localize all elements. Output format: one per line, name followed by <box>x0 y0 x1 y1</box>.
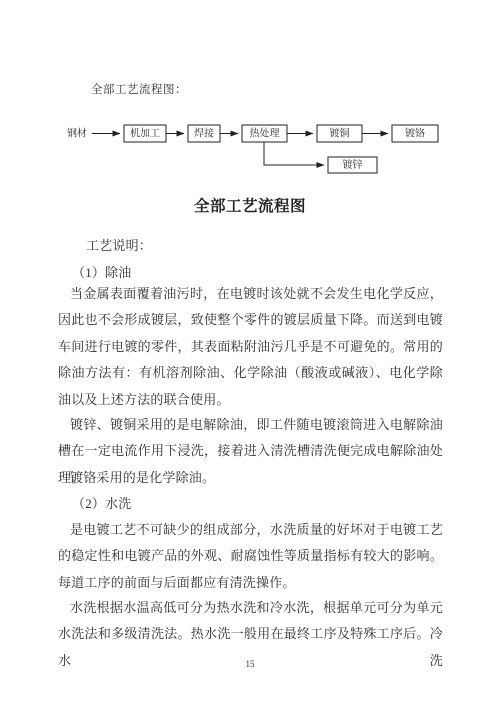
flow-node-machining-label: 机加工 <box>130 127 160 140</box>
flow-node-heat-treatment-label: 热处理 <box>250 127 280 140</box>
paragraph-degreasing-intro: 当金属表面覆着油污时，在电镀时该处就不会发生电化学反应，因此也不会形成镀层，致使… <box>58 281 443 413</box>
flow-arrow-branch <box>264 142 324 165</box>
flow-node-zinc-plating-label: 镀锌 <box>343 158 363 171</box>
flow-node-welding-label: 焊接 <box>194 127 214 140</box>
flowchart-caption: 全部工艺流程图 <box>0 194 500 216</box>
process-description-heading: 工艺说明： <box>58 233 443 259</box>
flow-node-copper-plating-label: 镀铜 <box>330 127 350 140</box>
paragraph-chemical-degreasing: 镀铬采用的是化学除油。 <box>58 465 443 491</box>
flow-node-chrome-plating-label: 镀铬 <box>405 127 425 140</box>
page-number: 15 <box>0 659 500 669</box>
process-flowchart: 钢材 机加工 焊接 热处理 镀铜 镀铬 镀锌 <box>0 0 500 190</box>
item2-rinsing-title: （2）水洗 <box>58 491 443 517</box>
paragraph-rinsing-importance: 是电镀工艺不可缺少的组成部分，水洗质量的好坏对于电镀工艺的稳定性和电镀产品的外观… <box>58 517 443 596</box>
document-page: 全部工艺流程图： 钢材 机加工 焊接 热处理 镀铜 镀铬 镀锌 全部工艺流程图 … <box>0 0 500 707</box>
flow-node-material-label: 钢材 <box>67 127 87 140</box>
